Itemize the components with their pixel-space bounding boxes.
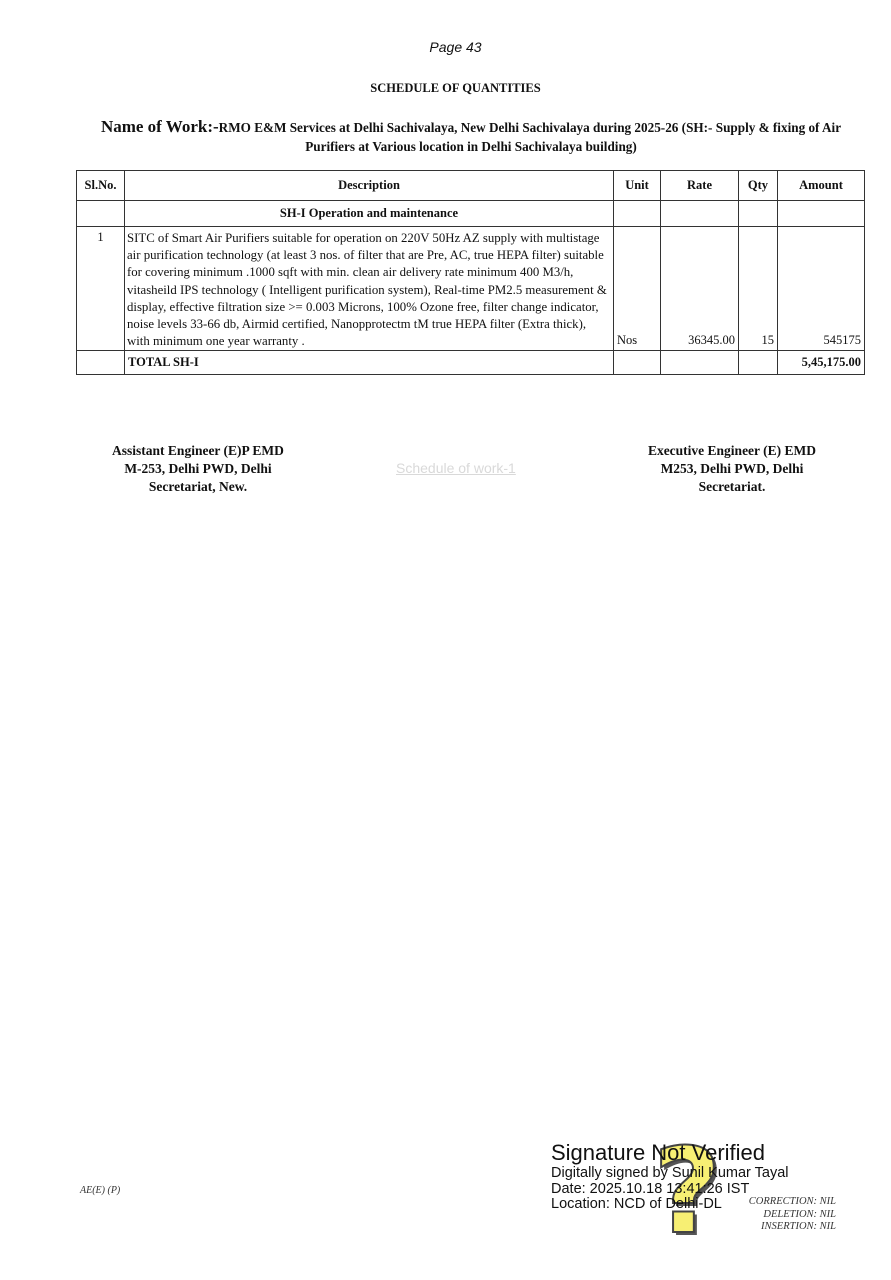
name-of-work: Name of Work:-RMO E&M Services at Delhi … — [76, 117, 866, 156]
table-header-row: Sl.No. Description Unit Rate Qty Amount — [77, 171, 865, 201]
signatory-line: M-253, Delhi PWD, Delhi — [88, 460, 308, 478]
signatory-line: Secretariat, New. — [88, 478, 308, 496]
page-number: Page 43 — [0, 39, 891, 55]
schedule-of-quantities-table: Sl.No. Description Unit Rate Qty Amount … — [76, 170, 865, 375]
sub-head-row: SH-I Operation and maintenance — [77, 201, 865, 227]
col-header-rate: Rate — [661, 171, 739, 201]
col-header-description: Description — [125, 171, 614, 201]
deletion-line: DELETION: NIL — [740, 1209, 836, 1222]
schedule-title: SCHEDULE OF QUANTITIES — [0, 81, 891, 96]
col-header-qty: Qty — [739, 171, 778, 201]
signature-date: Date: 2025.10.18 13:41:26 IST — [551, 1182, 851, 1198]
item-description: SITC of Smart Air Purifiers suitable for… — [125, 227, 614, 351]
name-of-work-text: RMO E&M Services at Delhi Sachivalaya, N… — [219, 120, 841, 154]
total-label: TOTAL SH-I — [125, 351, 614, 375]
sub-head-label: SH-I Operation and maintenance — [125, 201, 614, 227]
insertion-line: INSERTION: NIL — [740, 1221, 836, 1234]
executive-engineer-signatory: Executive Engineer (E) EMD M253, Delhi P… — [622, 442, 842, 496]
item-qty: 15 — [739, 227, 778, 351]
signatory-line: Executive Engineer (E) EMD — [622, 442, 842, 460]
signatory-line: Assistant Engineer (E)P EMD — [88, 442, 308, 460]
col-header-unit: Unit — [614, 171, 661, 201]
total-row: TOTAL SH-I 5,45,175.00 — [77, 351, 865, 375]
total-amount: 5,45,175.00 — [778, 351, 865, 375]
schedule-of-work-link[interactable]: Schedule of work-1 — [396, 460, 516, 476]
col-header-slno: Sl.No. — [77, 171, 125, 201]
correction-deletion-insertion: CORRECTION: NIL DELETION: NIL INSERTION:… — [740, 1196, 836, 1234]
signatory-line: M253, Delhi PWD, Delhi — [622, 460, 842, 478]
signed-by: Digitally signed by Sunil Kumar Tayal — [551, 1166, 851, 1182]
name-of-work-label: Name of Work:- — [101, 117, 219, 136]
assistant-engineer-signatory: Assistant Engineer (E)P EMD M-253, Delhi… — [88, 442, 308, 496]
signature-status: Signature Not Verified — [551, 1140, 851, 1166]
item-slno: 1 — [77, 227, 125, 351]
digital-signature-block[interactable]: ? Signature Not Verified Digitally signe… — [551, 1140, 851, 1250]
correction-line: CORRECTION: NIL — [740, 1196, 836, 1209]
item-unit: Nos — [614, 227, 661, 351]
table-row: 1 SITC of Smart Air Purifiers suitable f… — [77, 227, 865, 351]
signatory-line: Secretariat. — [622, 478, 842, 496]
footer-initials: AE(E) (P) — [80, 1185, 120, 1196]
item-rate: 36345.00 — [661, 227, 739, 351]
item-amount: 545175 — [778, 227, 865, 351]
col-header-amount: Amount — [778, 171, 865, 201]
